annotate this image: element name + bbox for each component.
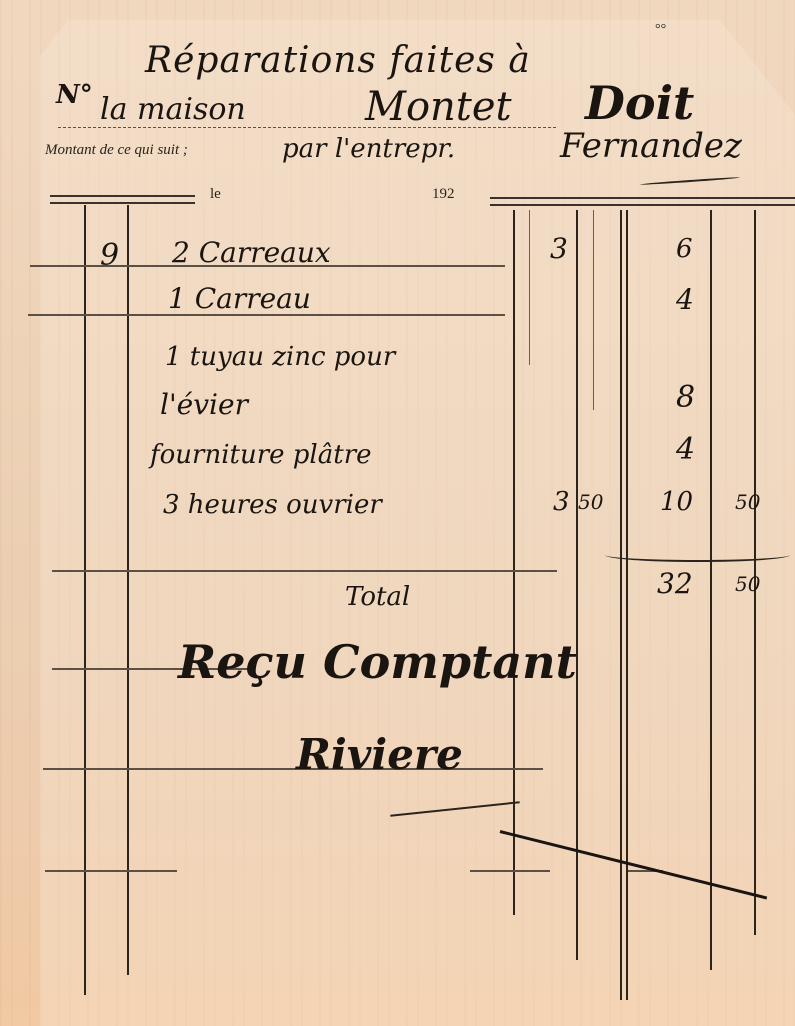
header-line2-prefix: la maison [100,92,246,127]
column-rule [127,205,129,975]
header-line1: Réparations faites à [145,40,531,81]
row-description: fourniture plâtre [150,440,372,470]
column-rule [84,205,86,995]
doit-label: Doit [585,76,694,130]
column-rule [513,210,515,915]
entrepreneur-name: Fernandez [560,126,742,166]
header-dotted-rule [58,127,558,128]
row-unit-price: 3 [553,487,570,517]
client-name: Montet [365,84,512,130]
row-amount: 4 [676,432,695,467]
row-rule [43,768,543,770]
column-rule [576,210,578,960]
column-rule [620,210,622,1000]
total-bracket [605,548,790,562]
date-label: le [210,186,221,203]
printed-amount-label: Montant de ce qui suit ; [45,142,188,159]
row-amount: 6 [676,234,693,264]
year-label: 192 [432,186,455,203]
header-line3: par l'entrepr. [282,134,455,164]
total-cents: 50 [735,572,760,596]
column-rule [710,210,712,970]
row-description: 2 Carreaux [172,236,331,269]
total-amount: 32 [657,567,693,600]
row-amount: 8 [676,380,695,415]
signature: Riviere [296,730,463,779]
received-line: Reçu Comptant [178,635,577,689]
column-rule [626,210,628,1000]
row-rule [45,870,177,872]
date-rule-right [490,197,795,206]
row-amount: 10 [660,487,693,517]
row-unit-cents: 50 [578,490,603,514]
row-rule [52,570,557,572]
column-rule [529,210,530,365]
row-amount: 4 [676,283,694,316]
row-amount-cents: 50 [735,490,760,514]
row-description: l'évier [160,388,248,421]
row-ref: 9 [100,238,119,273]
number-mark: N° [56,80,93,110]
row-description: 1 tuyau zinc pour [165,342,395,372]
date-rule-left [50,195,195,204]
total-label: Total [345,582,410,612]
row-description: 3 heures ouvrier [163,490,382,520]
row-description: 1 Carreau [168,282,311,315]
row-unit-price: 3 [550,232,568,265]
row-rule [470,870,550,872]
corner-mark: °° [655,22,666,38]
column-rule [593,210,594,410]
